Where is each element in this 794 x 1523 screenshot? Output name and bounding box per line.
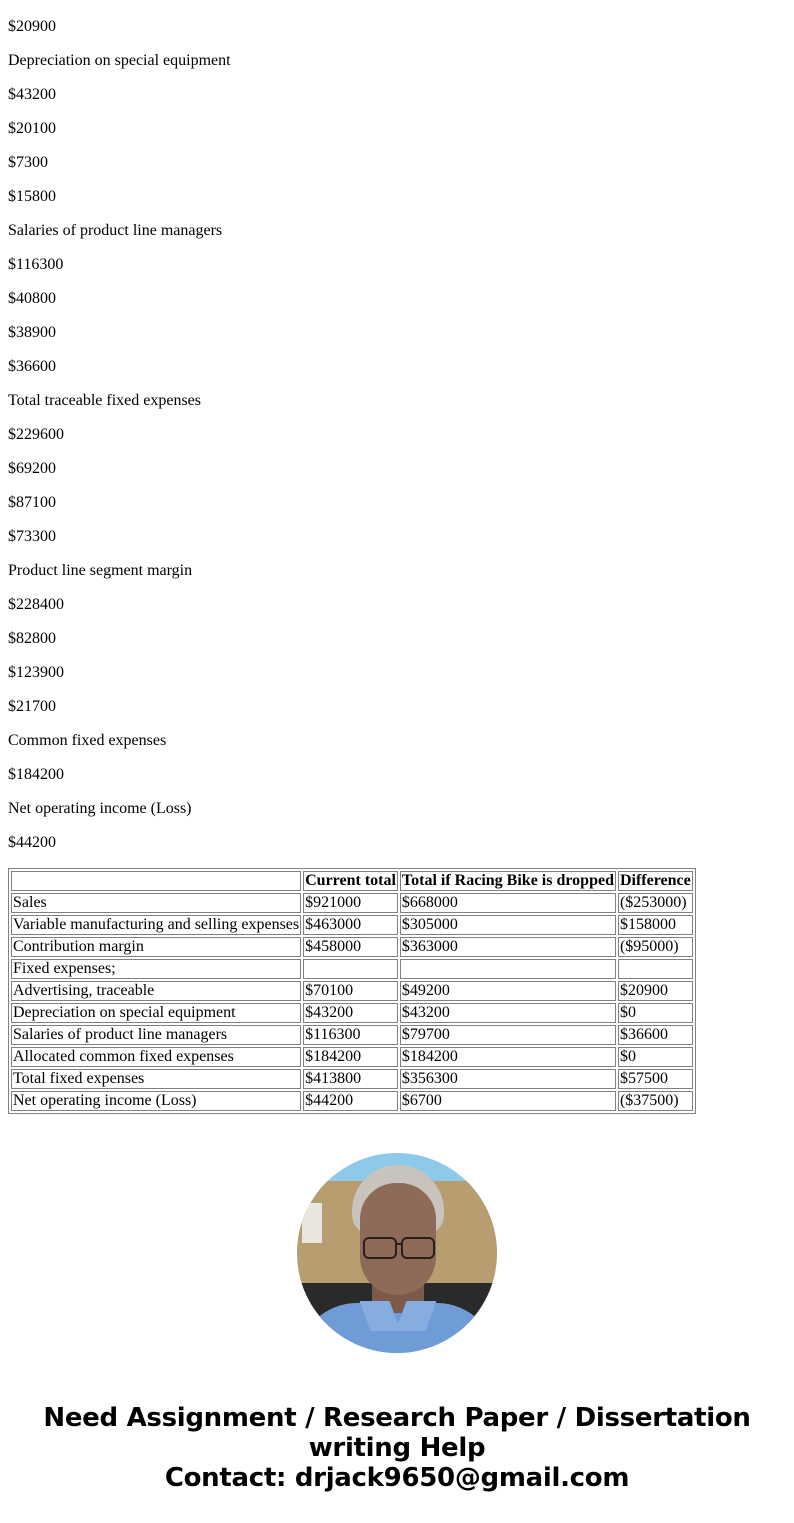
current-total-cell: $70100 [303, 981, 398, 1001]
paragraph: $20900 [8, 2, 786, 36]
paragraph: Depreciation on special equipment [8, 36, 786, 70]
paragraph: $15800 [8, 172, 786, 206]
current-total-cell: $43200 [303, 1003, 398, 1023]
paragraph: $43200 [8, 70, 786, 104]
paragraph: $36600 [8, 342, 786, 376]
total-if-dropped-cell: $356300 [400, 1069, 616, 1089]
row-label: Depreciation on special equipment [11, 1003, 301, 1023]
table-row: Net operating income (Loss)$44200$6700($… [11, 1091, 693, 1111]
avatar-wall-switch [302, 1203, 322, 1243]
paragraph: $20100 [8, 104, 786, 138]
glasses-icon [401, 1237, 435, 1259]
table-row: Fixed expenses; [11, 959, 693, 979]
table-row: Sales$921000$668000($253000) [11, 893, 693, 913]
paragraph: $21700 [8, 682, 786, 716]
total-if-dropped-cell: $184200 [400, 1047, 616, 1067]
difference-cell: $158000 [618, 915, 693, 935]
current-total-cell: $463000 [303, 915, 398, 935]
row-label: Total fixed expenses [11, 1069, 301, 1089]
paragraph: $73300 [8, 512, 786, 546]
difference-cell: $20900 [618, 981, 693, 1001]
total-if-dropped-cell: $305000 [400, 915, 616, 935]
paragraph: $44200 [8, 818, 786, 852]
row-label: Advertising, traceable [11, 981, 301, 1001]
paragraph: $38900 [8, 308, 786, 342]
difference-cell: $0 [618, 1047, 693, 1067]
header-current-total: Current total [303, 871, 398, 891]
paragraph: $184200 [8, 750, 786, 784]
paragraph: $229600 [8, 410, 786, 444]
table-row: Contribution margin$458000$363000($95000… [11, 937, 693, 957]
header-label [11, 871, 301, 891]
promo-line-2: writing Help [0, 1433, 794, 1463]
row-label: Net operating income (Loss) [11, 1091, 301, 1111]
row-label: Allocated common fixed expenses [11, 1047, 301, 1067]
current-total-cell: $921000 [303, 893, 398, 913]
difference-cell: ($253000) [618, 893, 693, 913]
current-total-cell: $458000 [303, 937, 398, 957]
header-total-if-dropped: Total if Racing Bike is dropped [400, 871, 616, 891]
paragraph: $87100 [8, 478, 786, 512]
total-if-dropped-cell: $6700 [400, 1091, 616, 1111]
header-difference: Difference [618, 871, 693, 891]
table-row: Depreciation on special equipment$43200$… [11, 1003, 693, 1023]
paragraph: Product line segment margin [8, 546, 786, 580]
paragraph: Total traceable fixed expenses [8, 376, 786, 410]
row-label: Variable manufacturing and selling expen… [11, 915, 301, 935]
row-label: Salaries of product line managers [11, 1025, 301, 1045]
total-if-dropped-cell [400, 959, 616, 979]
difference-cell: $57500 [618, 1069, 693, 1089]
total-if-dropped-cell: $668000 [400, 893, 616, 913]
paragraph: $82800 [8, 614, 786, 648]
paragraph: $228400 [8, 580, 786, 614]
paragraph: $40800 [8, 274, 786, 308]
total-if-dropped-cell: $363000 [400, 937, 616, 957]
paragraph: $123900 [8, 648, 786, 682]
promo-banner: Need Assignment / Research Paper / Disse… [0, 1403, 794, 1493]
promo-line-1: Need Assignment / Research Paper / Disse… [0, 1403, 794, 1433]
paragraph-list: $20900Depreciation on special equipment$… [8, 0, 786, 852]
table-header-row: Current total Total if Racing Bike is dr… [11, 871, 693, 891]
paragraph: $69200 [8, 444, 786, 478]
difference-cell: ($37500) [618, 1091, 693, 1111]
document-body: $20900Depreciation on special equipment$… [0, 0, 794, 1114]
table-row: Allocated common fixed expenses$184200$1… [11, 1047, 693, 1067]
difference-cell [618, 959, 693, 979]
current-total-cell: $44200 [303, 1091, 398, 1111]
current-total-cell: $413800 [303, 1069, 398, 1089]
row-label: Fixed expenses; [11, 959, 301, 979]
total-if-dropped-cell: $49200 [400, 981, 616, 1001]
paragraph: $116300 [8, 240, 786, 274]
paragraph: Common fixed expenses [8, 716, 786, 750]
comparison-table: Current total Total if Racing Bike is dr… [8, 868, 696, 1114]
paragraph: Net operating income (Loss) [8, 784, 786, 818]
current-total-cell [303, 959, 398, 979]
paragraph: Salaries of product line managers [8, 206, 786, 240]
table-row: Total fixed expenses$413800$356300$57500 [11, 1069, 693, 1089]
table-row: Variable manufacturing and selling expen… [11, 915, 693, 935]
avatar [297, 1153, 497, 1353]
total-if-dropped-cell: $43200 [400, 1003, 616, 1023]
paragraph: $7300 [8, 138, 786, 172]
difference-cell: $0 [618, 1003, 693, 1023]
table-row: Salaries of product line managers$116300… [11, 1025, 693, 1045]
row-label: Contribution margin [11, 937, 301, 957]
table-row: Advertising, traceable$70100$49200$20900 [11, 981, 693, 1001]
difference-cell: ($95000) [618, 937, 693, 957]
difference-cell: $36600 [618, 1025, 693, 1045]
row-label: Sales [11, 893, 301, 913]
current-total-cell: $184200 [303, 1047, 398, 1067]
glasses-bridge [395, 1243, 403, 1245]
glasses-icon [363, 1237, 397, 1259]
current-total-cell: $116300 [303, 1025, 398, 1045]
total-if-dropped-cell: $79700 [400, 1025, 616, 1045]
promo-contact: Contact: drjack9650@gmail.com [0, 1463, 794, 1493]
